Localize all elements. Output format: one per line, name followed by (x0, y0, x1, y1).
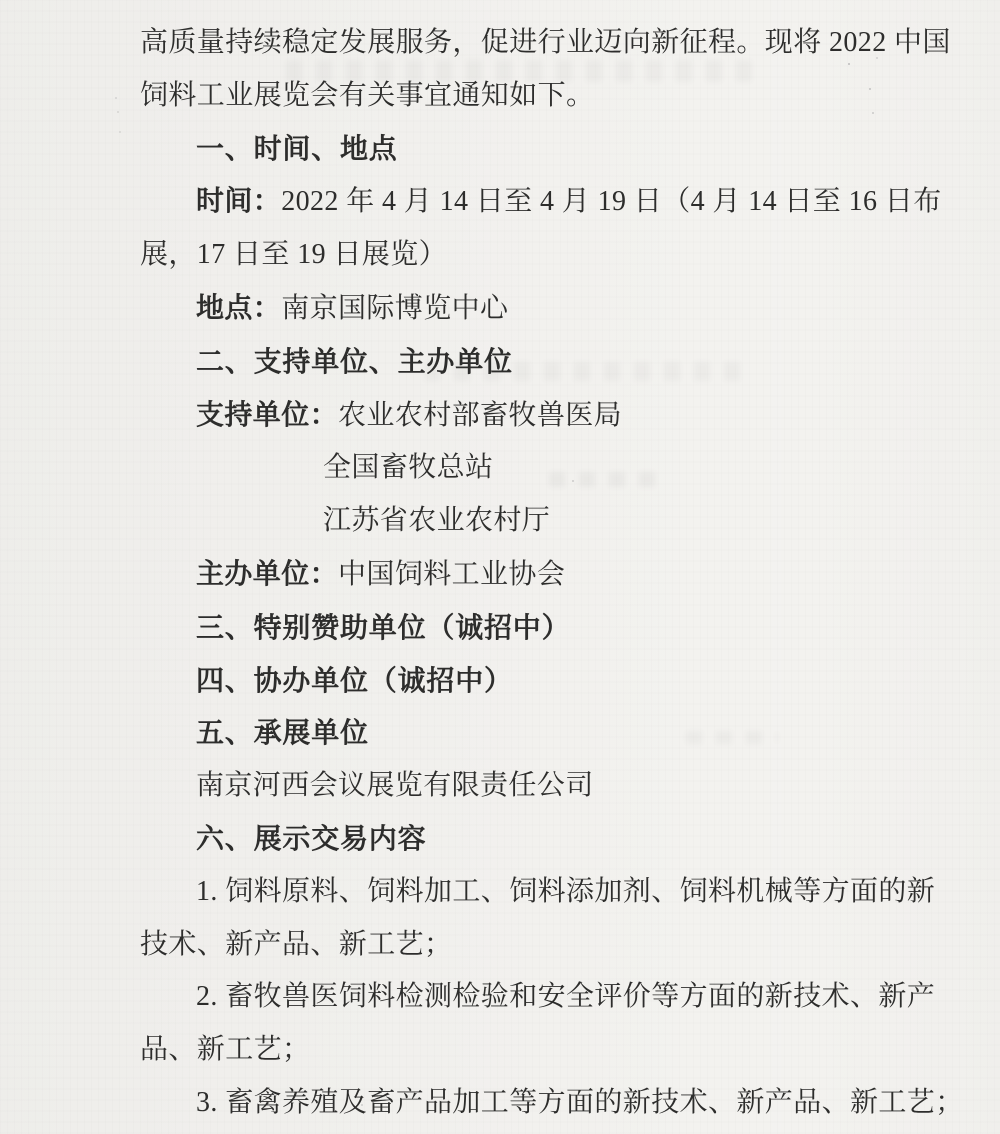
text-segment: 中国饲料工业协会 (338, 559, 565, 590)
bold-label: 主办单位： (196, 558, 338, 589)
intro-line-1: 高质量持续稳定发展服务，促进行业迈向新征程。现将 2022 中国 (140, 17, 862, 70)
text-segment: 全国畜牧总站 (323, 452, 493, 483)
text-segment: 南京国际博览中心 (281, 293, 508, 324)
text-segment: 南京河西会议展览有限责任公司 (196, 770, 594, 801)
bold-label: 三、特别赞助单位（诚招中） (196, 612, 570, 643)
text-segment: 2. 畜牧兽医饲料检测检验和安全评价等方面的新技术、新产 (196, 981, 935, 1012)
intro-line-2: 饲料工业展览会有关事宜通知如下。 (140, 70, 862, 123)
text-segment: 3. 畜禽养殖及畜产品加工等方面的新技术、新产品、新工艺； (196, 1087, 964, 1118)
bold-label: 四、协办单位（诚招中） (196, 665, 513, 696)
organizer-line: 主办单位：中国饲料工业协会 (140, 548, 862, 602)
supporter-line-2: 全国畜牧总站 (140, 442, 862, 495)
document-body: 高质量持续稳定发展服务，促进行业迈向新征程。现将 2022 中国饲料工业展览会有… (140, 17, 862, 1130)
text-segment: 技术、新产品、新工艺； (140, 929, 452, 960)
supporter-line-3: 江苏省农业农村厅 (140, 495, 862, 548)
heading-section-2-supporters-organizers: 二、支持单位、主办单位 (140, 336, 862, 389)
bold-label: 支持单位： (196, 399, 338, 430)
content-item-1-line-2: 技术、新产品、新工艺； (140, 919, 862, 972)
content-item-2-line-2: 品、新工艺； (140, 1024, 862, 1077)
undertaker-line: 南京河西会议展览有限责任公司 (140, 760, 862, 813)
bold-label: 二、支持单位、主办单位 (196, 346, 513, 377)
location-line: 地点：南京国际博览中心 (140, 282, 862, 336)
heading-section-6-exhibit-content: 六、展示交易内容 (140, 813, 862, 866)
content-item-1-line-1: 1. 饲料原料、饲料加工、饲料添加剂、饲料机械等方面的新 (140, 866, 862, 919)
text-segment: 江苏省农业农村厅 (323, 505, 550, 536)
time-line-2: 展，17 日至 19 日展览） (140, 229, 862, 282)
bold-label: 六、展示交易内容 (196, 823, 426, 854)
text-segment: 1. 饲料原料、饲料加工、饲料添加剂、饲料机械等方面的新 (196, 876, 935, 907)
text-segment: 高质量持续稳定发展服务，促进行业迈向新征程。现将 2022 中国 (140, 27, 951, 58)
heading-section-5-exhibition-undertaker: 五、承展单位 (140, 707, 862, 760)
scan-speck-dots (0, 0, 2, 2)
scanned-document-page: 高质量持续稳定发展服务，促进行业迈向新征程。现将 2022 中国饲料工业展览会有… (0, 0, 1000, 1134)
text-segment: 品、新工艺； (140, 1034, 310, 1065)
content-item-2-line-1: 2. 畜牧兽医饲料检测检验和安全评价等方面的新技术、新产 (140, 971, 862, 1024)
heading-section-3-special-sponsor: 三、特别赞助单位（诚招中） (140, 602, 862, 655)
time-line-1: 时间：2022 年 4 月 14 日至 4 月 19 日（4 月 14 日至 1… (140, 175, 862, 229)
text-segment: 农业农村部畜牧兽医局 (338, 400, 622, 431)
supporter-line-1: 支持单位：农业农村部畜牧兽医局 (140, 389, 862, 443)
bold-label: 一、时间、地点 (196, 133, 398, 164)
bold-label: 五、承展单位 (196, 717, 369, 748)
heading-section-1-time-location: 一、时间、地点 (140, 123, 862, 176)
text-segment: 展，17 日至 19 日展览） (140, 239, 447, 270)
content-item-3-line: 3. 畜禽养殖及畜产品加工等方面的新技术、新产品、新工艺； (140, 1077, 862, 1130)
bold-label: 时间： (196, 185, 281, 216)
text-segment: 饲料工业展览会有关事宜通知如下。 (140, 80, 594, 111)
bold-label: 地点： (196, 292, 281, 323)
text-segment: 2022 年 4 月 14 日至 4 月 19 日（4 月 14 日至 16 日… (281, 186, 941, 217)
heading-section-4-co-organizer: 四、协办单位（诚招中） (140, 655, 862, 708)
